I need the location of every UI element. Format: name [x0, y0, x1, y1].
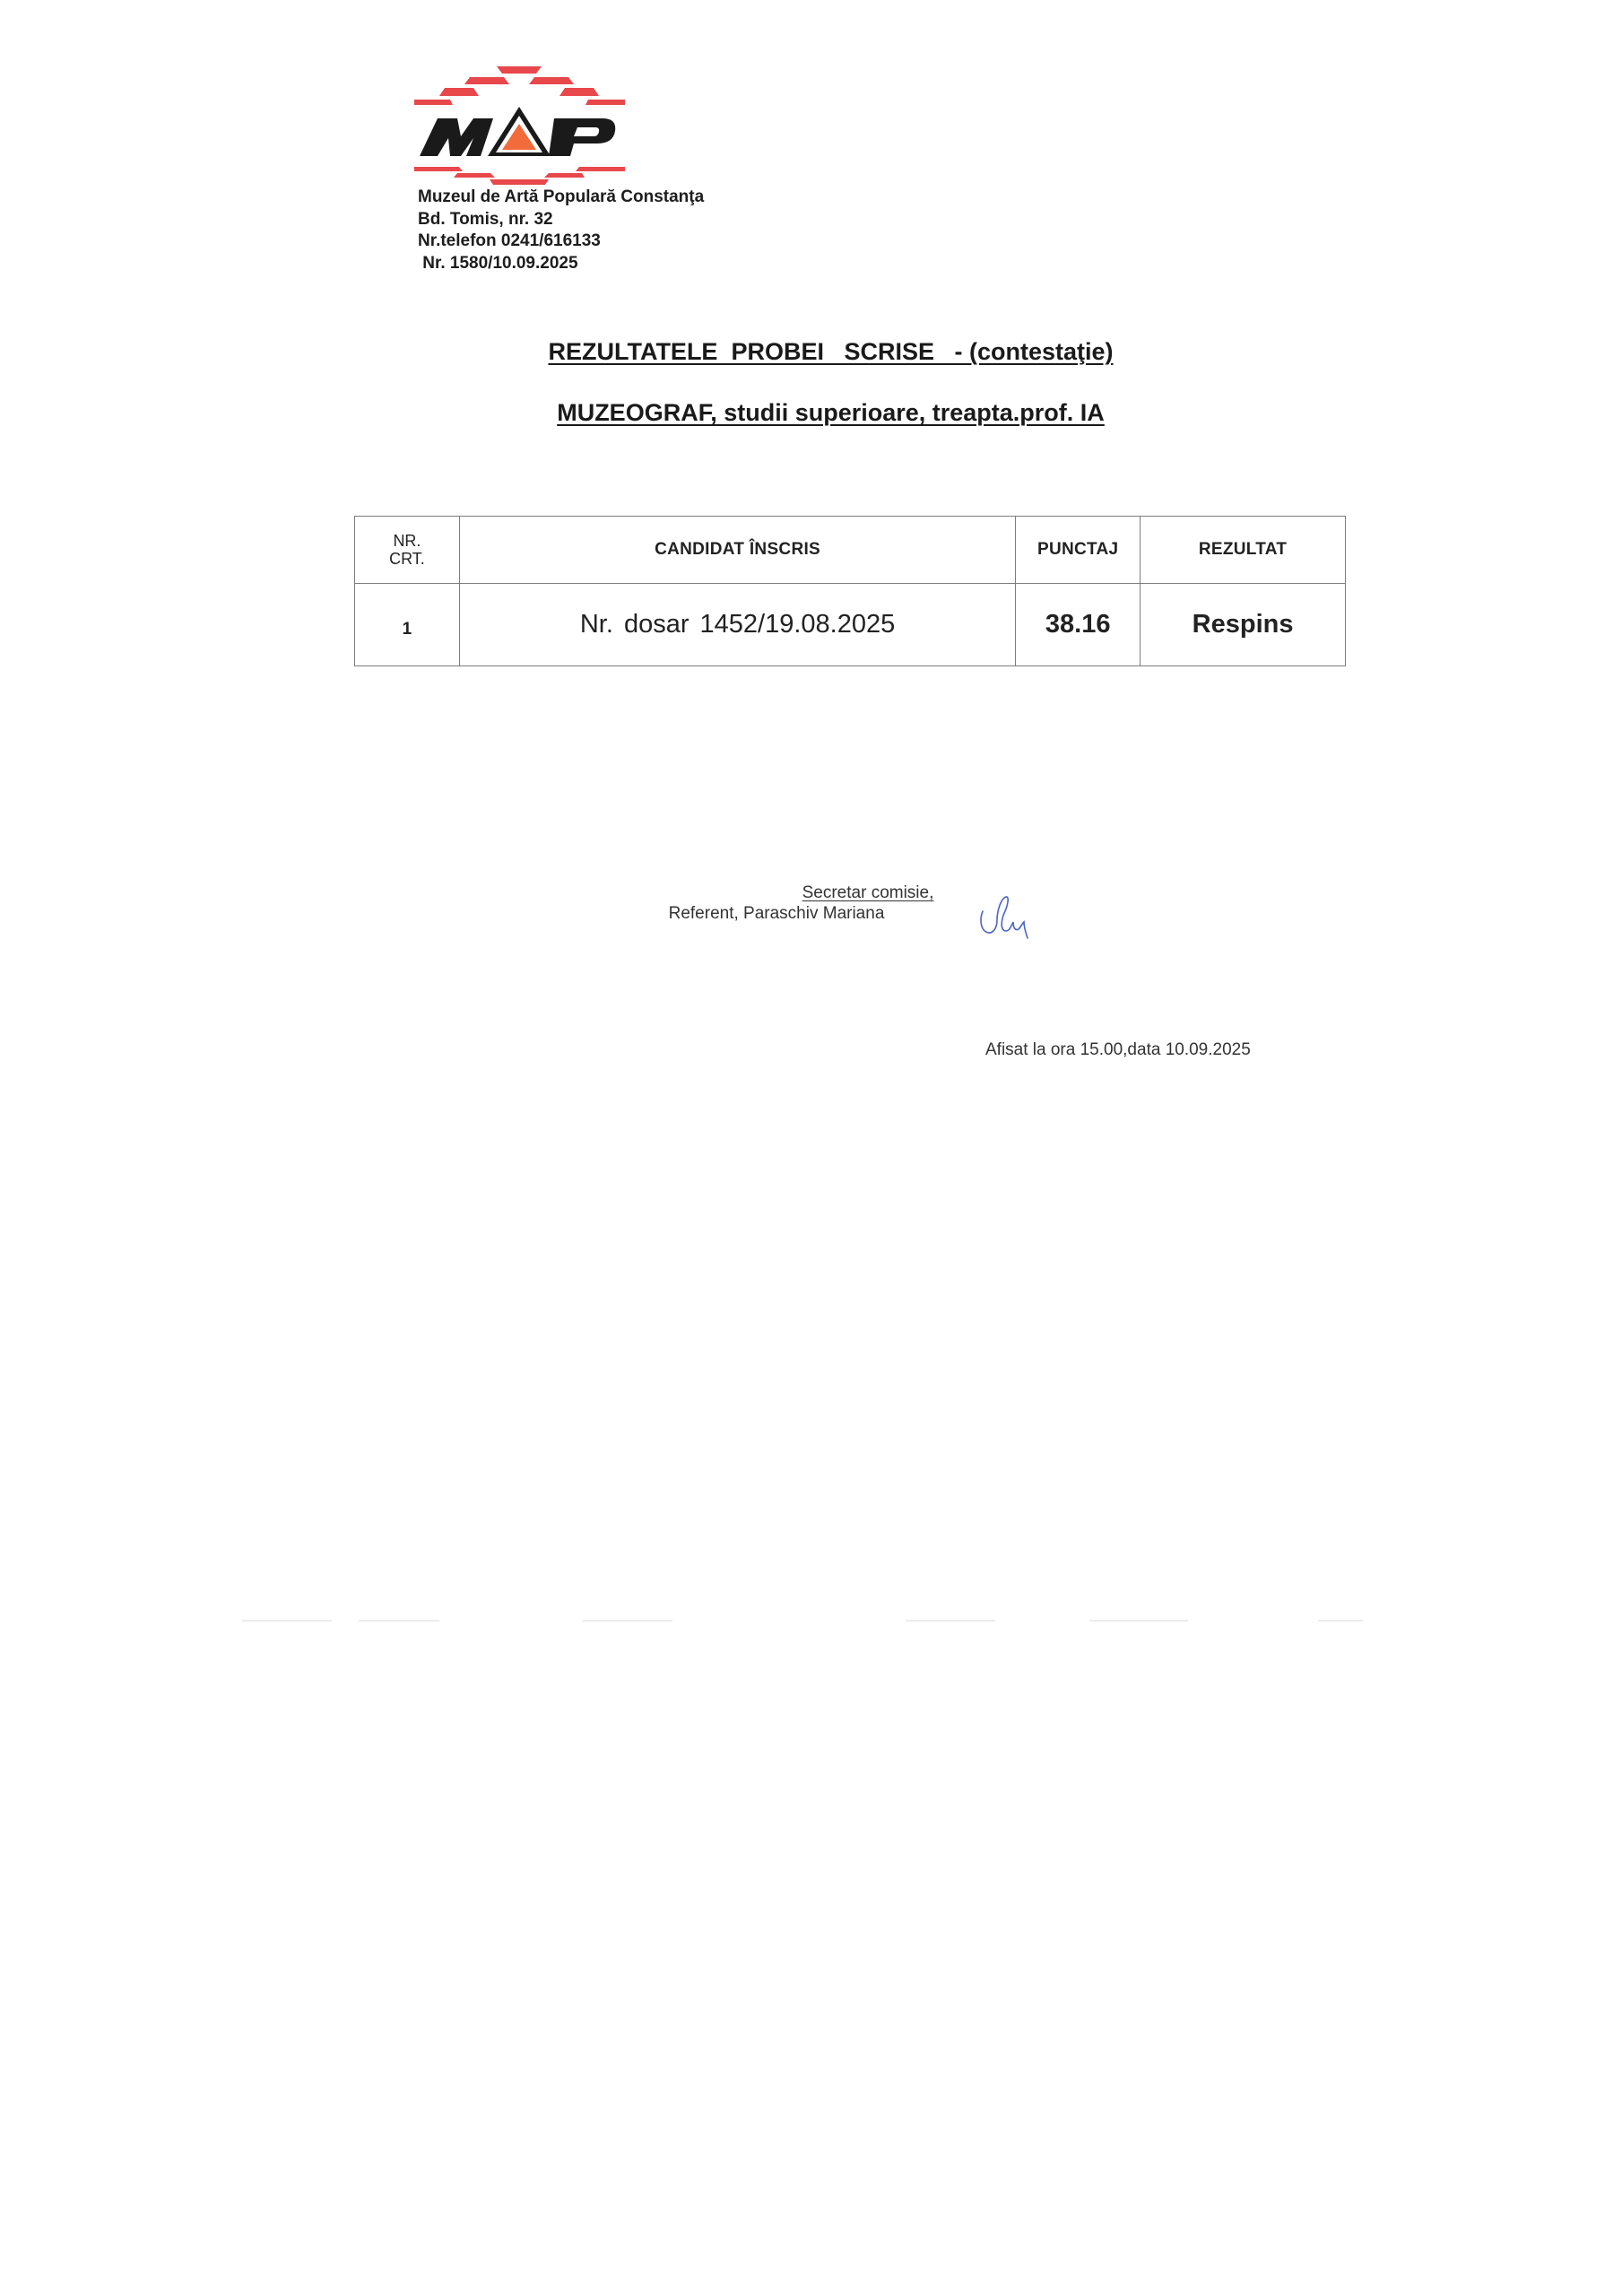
- handwritten-signature-icon: [977, 893, 1033, 947]
- position-title: MUZEOGRAF, studii superioare, treapta.pr…: [20, 399, 1622, 427]
- organization-block: Muzeul de Artă Populară Constanţa Bd. To…: [418, 187, 704, 274]
- document-title: REZULTATELE PROBEI SCRISE - (contestaţie…: [20, 338, 1622, 366]
- organization-address: Bd. Tomis, nr. 32: [418, 209, 704, 231]
- cell-nr: 1: [355, 584, 460, 666]
- table-row: 1 Nr. dosar 1452/19.08.2025 38.16 Respin…: [355, 584, 1346, 666]
- position-title-text: MUZEOGRAF, studii superioare, treapta.pr…: [557, 399, 1105, 426]
- header-candidate: CANDIDAT ÎNSCRIS: [459, 517, 1015, 584]
- header-nr-crt: NR. CRT.: [355, 517, 460, 584]
- table-header-row: NR. CRT. CANDIDAT ÎNSCRIS PUNCTAJ REZULT…: [355, 517, 1346, 584]
- header-nr-line2: CRT.: [355, 550, 459, 568]
- museum-logo-icon: [414, 66, 625, 187]
- cell-result: Respins: [1141, 584, 1346, 666]
- posted-notice: Afisat la ora 15.00,data 10.09.2025: [985, 1040, 1251, 1060]
- scan-artifact: [242, 1620, 332, 1622]
- scan-artifact: [583, 1620, 672, 1622]
- signature-name: Referent, Paraschiv Mariana: [552, 904, 1001, 924]
- header-score: PUNCTAJ: [1016, 517, 1141, 584]
- cell-candidate: Nr. dosar 1452/19.08.2025: [459, 584, 1015, 666]
- header-result: REZULTAT: [1141, 517, 1346, 584]
- organization-phone: Nr.telefon 0241/616133: [418, 230, 704, 253]
- signature-role-text: Secretar comisie,: [802, 883, 934, 902]
- organization-name: Muzeul de Artă Populară Constanţa: [418, 187, 704, 209]
- registration-number: Nr. 1580/10.09.2025: [418, 253, 704, 275]
- results-table: NR. CRT. CANDIDAT ÎNSCRIS PUNCTAJ REZULT…: [354, 516, 1346, 666]
- scan-artifact: [1089, 1620, 1188, 1622]
- scan-artifact: [1318, 1620, 1363, 1622]
- cell-score: 38.16: [1016, 584, 1141, 666]
- scan-artifact: [359, 1620, 439, 1622]
- header-nr-line1: NR.: [355, 532, 459, 550]
- scan-artifact: [906, 1620, 995, 1622]
- document-title-text: REZULTATELE PROBEI SCRISE - (contestaţie…: [548, 338, 1113, 365]
